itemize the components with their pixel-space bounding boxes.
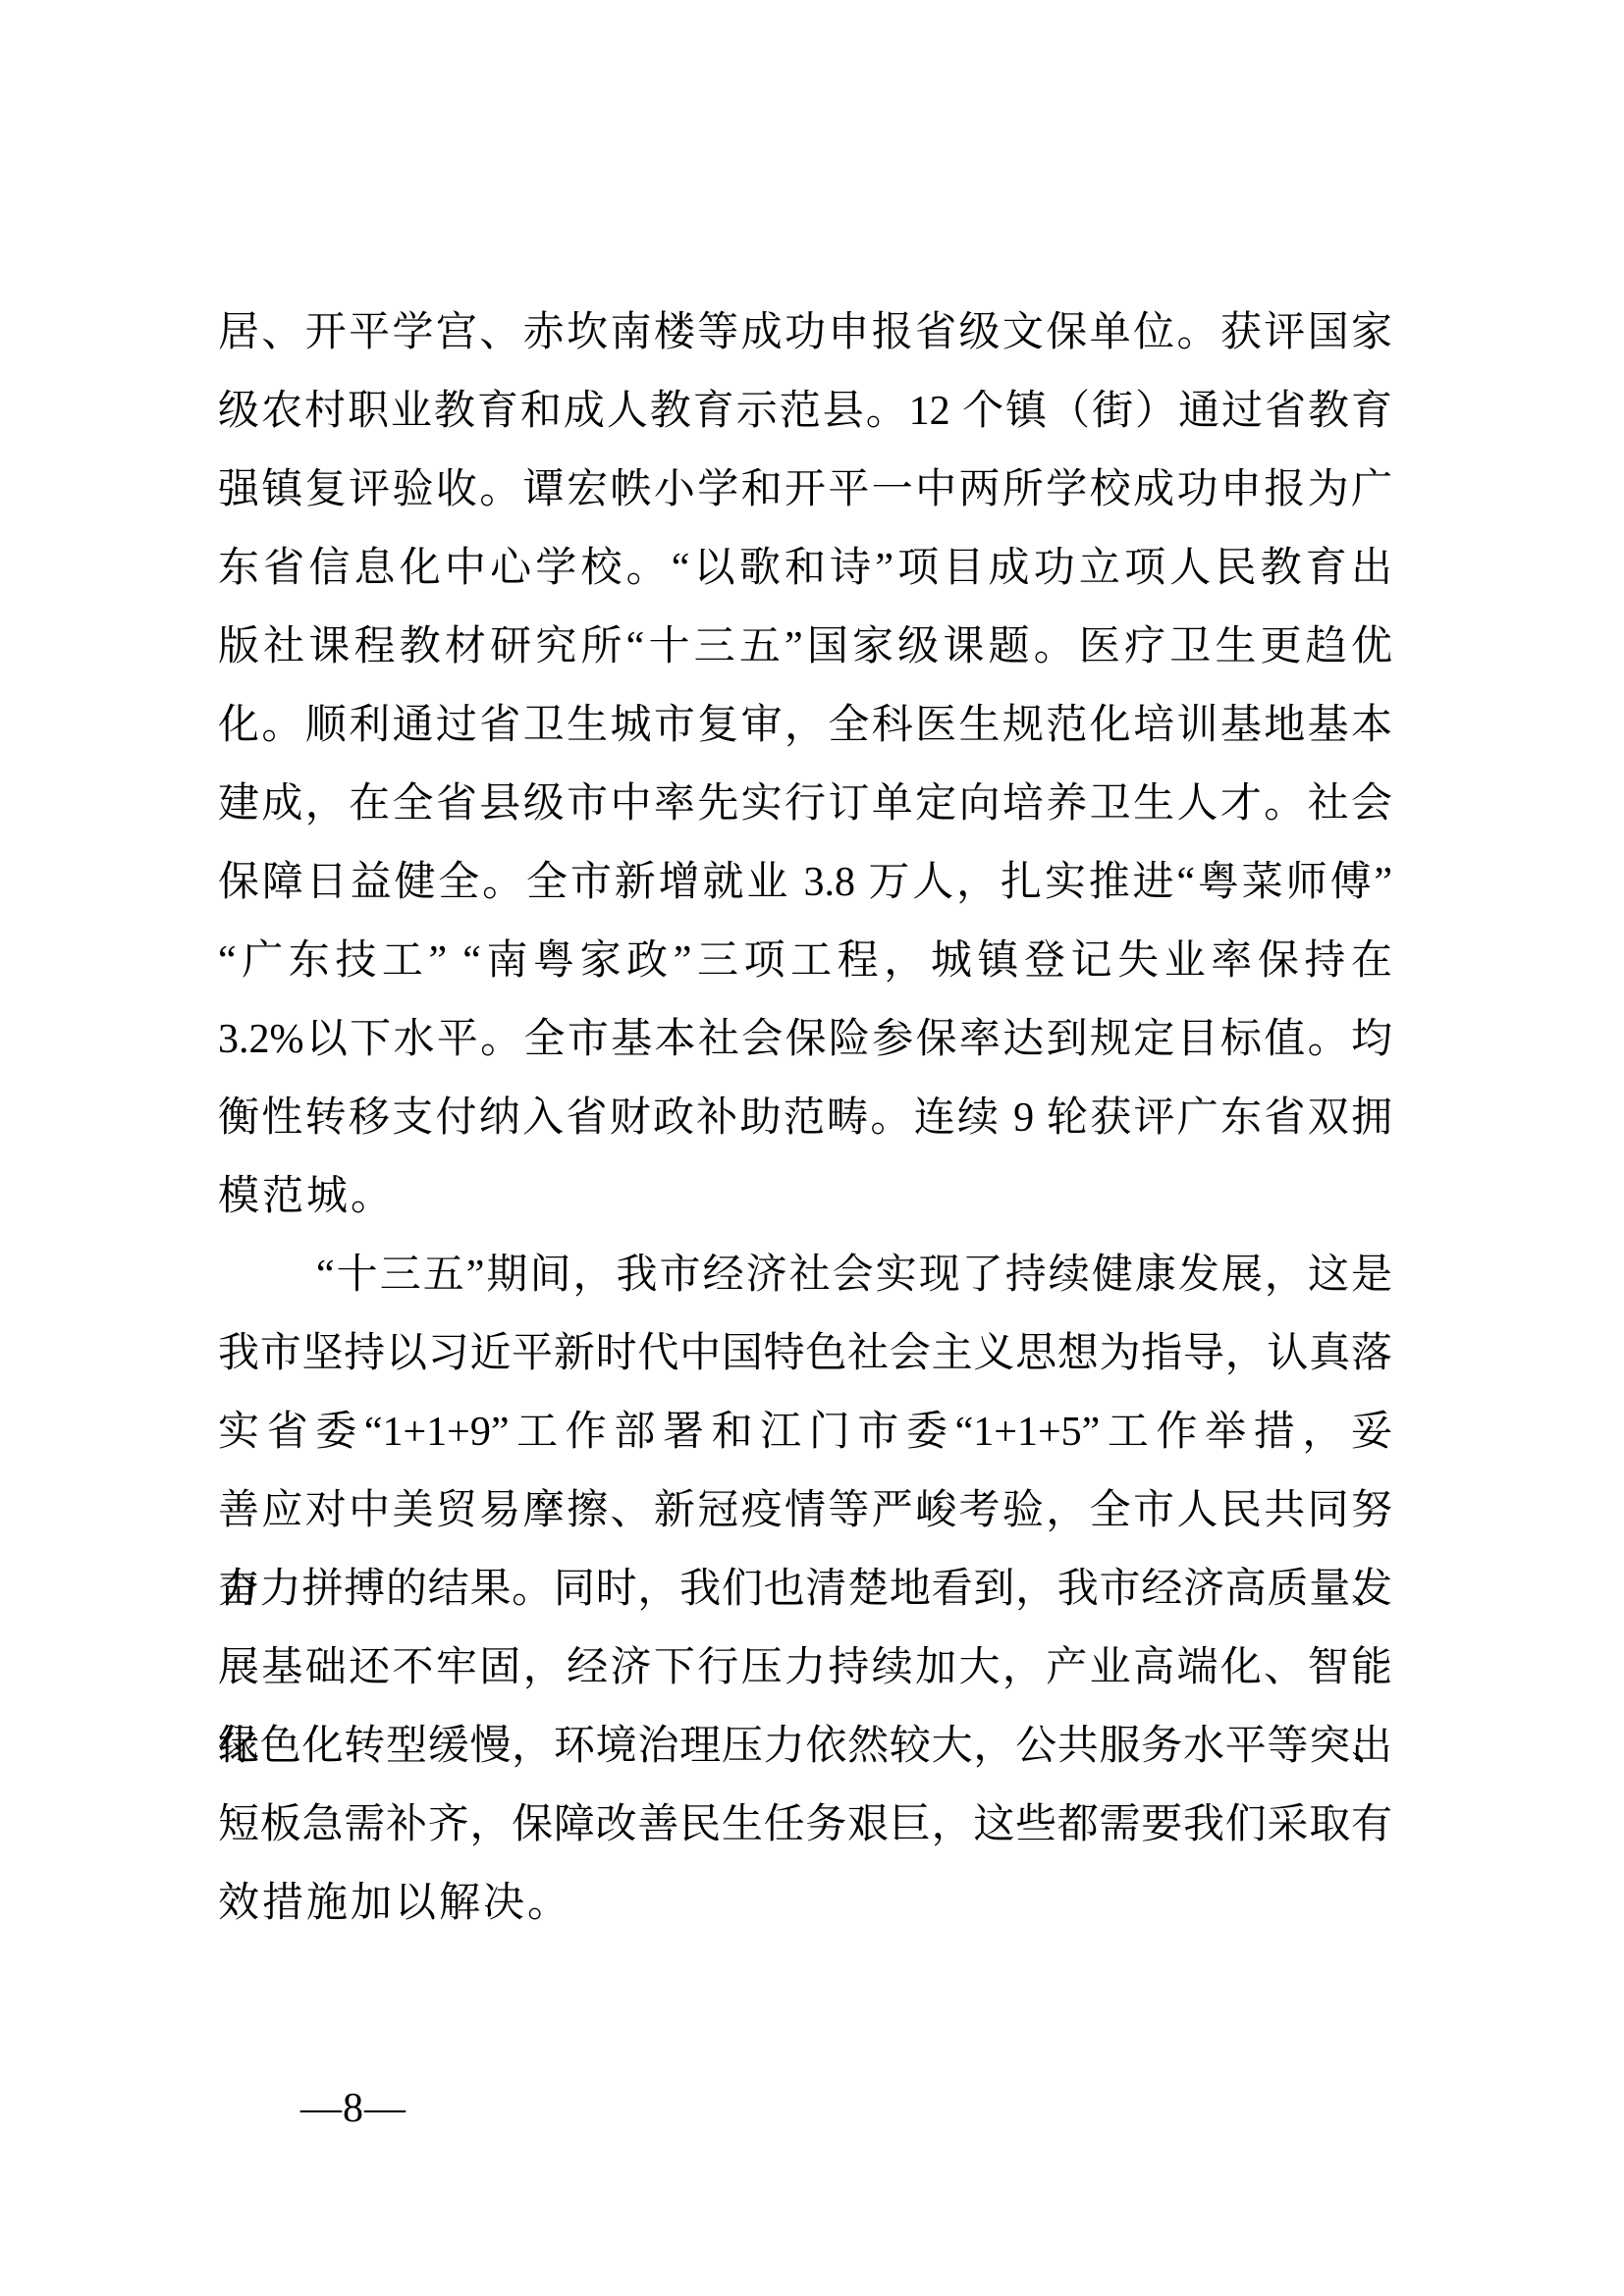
text-line: 东省信息化中心学校。“以歌和诗”项目成功立项人民教育出 bbox=[218, 529, 1392, 608]
document-page: 居、开平学宫、赤坎南楼等成功申报省级文保单位。获评国家 级农村职业教育和成人教育… bbox=[0, 0, 1624, 2296]
text-line: 我市坚持以习近平新时代中国特色社会主义思想为指导，认真落 bbox=[218, 1314, 1392, 1393]
text-line-paragraph-end: 效措施加以解决。 bbox=[218, 1864, 1392, 1943]
text-line: 3.2%以下水平。全市基本社会保险参保率达到规定目标值。均 bbox=[218, 1000, 1392, 1079]
text-line: 居、开平学宫、赤坎南楼等成功申报省级文保单位。获评国家 bbox=[218, 294, 1392, 372]
text-line: 短板急需补齐，保障改善民生任务艰巨，这些都需要我们采取有 bbox=[218, 1786, 1392, 1864]
text-line: 展基础还不牢固，经济下行压力持续加大，产业高端化、智能化、 bbox=[218, 1629, 1392, 1707]
text-line: “广东技工” “南粤家政”三项工程，城镇登记失业率保持在 bbox=[218, 922, 1392, 1000]
text-line: 建成，在全省县级市中率先实行订单定向培养卫生人才。社会 bbox=[218, 765, 1392, 843]
text-line: 衡性转移支付纳入省财政补助范畴。连续 9 轮获评广东省双拥 bbox=[218, 1079, 1392, 1157]
text-line: 实省委“1+1+9”工作部署和江门市委“1+1+5”工作举措，妥 bbox=[218, 1393, 1392, 1471]
text-line: 级农村职业教育和成人教育示范县。12 个镇（街）通过省教育 bbox=[218, 372, 1392, 451]
text-line-paragraph-end: 模范城。 bbox=[218, 1157, 1392, 1236]
text-line: 版社课程教材研究所“十三五”国家级课题。医疗卫生更趋优 bbox=[218, 608, 1392, 686]
text-line: 保障日益健全。全市新增就业 3.8 万人，扎实推进“粤菜师傅” bbox=[218, 843, 1392, 922]
text-line: 强镇复评验收。谭宏帙小学和开平一中两所学校成功申报为广 bbox=[218, 451, 1392, 529]
text-line-paragraph-start: “十三五”期间，我市经济社会实现了持续健康发展，这是 bbox=[218, 1236, 1392, 1314]
text-line: 绿色化转型缓慢，环境治理压力依然较大，公共服务水平等突出 bbox=[218, 1707, 1392, 1786]
body-text-block: 居、开平学宫、赤坎南楼等成功申报省级文保单位。获评国家 级农村职业教育和成人教育… bbox=[218, 294, 1392, 1943]
text-line: 善应对中美贸易摩擦、新冠疫情等严峻考验，全市人民共同努力、 bbox=[218, 1471, 1392, 1550]
text-line: 奋力拼搏的结果。同时，我们也清楚地看到，我市经济高质量发 bbox=[218, 1550, 1392, 1629]
page-number: —8— bbox=[300, 2087, 406, 2130]
text-line: 化。顺利通过省卫生城市复审，全科医生规范化培训基地基本 bbox=[218, 686, 1392, 765]
